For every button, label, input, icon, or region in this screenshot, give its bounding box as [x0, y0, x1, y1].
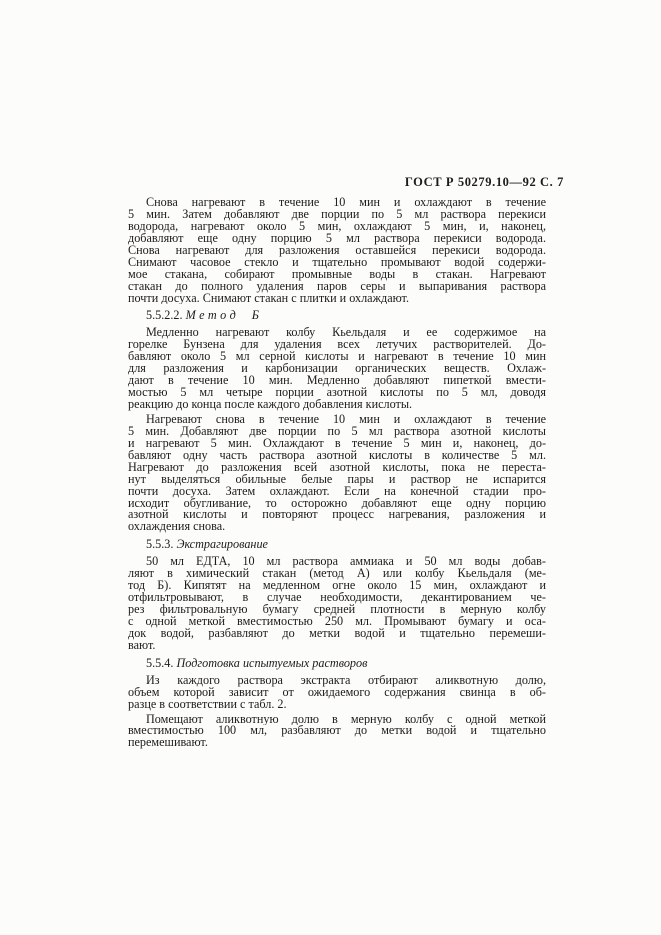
text-line: док водой, разбавляют до метки водой и т… — [128, 628, 546, 640]
text-line: ляют в химический стакан (метод А) или к… — [128, 568, 546, 580]
text-line: мое стакана, собирают промывные воды в с… — [128, 269, 546, 281]
text-line: нут выделяться обильные белые пары и рас… — [128, 474, 546, 486]
paragraph: 50 мл ЕДТА, 10 мл раствора аммиака и 50 … — [128, 556, 546, 652]
text-line: реакцию до конца после каждого добавлени… — [128, 399, 546, 411]
scanned-document-page: ГОСТ Р 50279.10—92 С. 7 Снова нагревают … — [0, 0, 661, 935]
text-line: 5 мин. Затем добавляют две порции по 5 м… — [128, 209, 546, 221]
text-line: горелке Бунзена для удаления всех летучи… — [128, 339, 546, 351]
text-line: с одной меткой вместимостью 250 мл. Пром… — [128, 616, 546, 628]
text-line: вместимостью 100 мл, разбавляют до метки… — [128, 725, 546, 737]
text-line: Нагревают до разложения всей азотной кис… — [128, 462, 546, 474]
text-line: бавляют одну часть раствора азотной кисл… — [128, 450, 546, 462]
text-line: мостью 5 мл четыре порции азотной кислот… — [128, 387, 546, 399]
text-line: и нагревают 5 мин. Охлаждают в течение 5… — [128, 438, 546, 450]
text-line: тод Б). Кипятят на медленном огне около … — [128, 580, 546, 592]
paragraph: Помещают аликвотную долю в мерную колбу … — [128, 714, 546, 750]
text-line: Нагревают снова в течение 10 мин и охлаж… — [128, 414, 546, 426]
text-line: рез фильтровальную бумагу средней плотно… — [128, 604, 546, 616]
text-line: Снимают часовое стекло и тщательно промы… — [128, 257, 546, 269]
section-title: Подготовка испытуемых растворов — [176, 656, 367, 670]
text-line: добавляют еще одну порцию 5 мл раствора … — [128, 233, 546, 245]
text-line: бавляют около 5 мл серной кислоты и нагр… — [128, 351, 546, 363]
text-line: 5 мин. Добавляют две порции по 5 мл раст… — [128, 426, 546, 438]
section-heading: 5.5.2.2. Метод Б — [146, 310, 546, 322]
text-line: азотной кислоты и повторяют процесс нагр… — [128, 509, 546, 521]
text-line: вают. — [128, 640, 546, 652]
text-line: водорода, нагревают около 5 мин, охлажда… — [128, 221, 546, 233]
text-line: перемешивают. — [128, 737, 546, 749]
section-number: 5.5.2.2. — [146, 308, 186, 322]
text-line: дают в течение 10 мин. Медленно добавляю… — [128, 375, 546, 387]
document-content: Снова нагревают в течение 10 мин и охлаж… — [128, 197, 546, 752]
section-title: Метод Б — [186, 308, 263, 322]
text-line: Снова нагревают в течение 10 мин и охлаж… — [128, 197, 546, 209]
text-line: Медленно нагревают колбу Кьельдаля и ее … — [128, 327, 546, 339]
section-number: 5.5.3. — [146, 537, 176, 551]
text-line: объем которой зависит от ожидаемого соде… — [128, 687, 546, 699]
text-line: разце в соответствии с табл. 2. — [128, 699, 546, 711]
section-title: Экстрагирование — [176, 537, 268, 551]
text-line: Из каждого раствора экстракта отбирают а… — [128, 675, 546, 687]
text-line: для разложения и карбонизации органическ… — [128, 363, 546, 375]
paragraph: Медленно нагревают колбу Кьельдаля и ее … — [128, 327, 546, 411]
paragraph: Из каждого раствора экстракта отбирают а… — [128, 675, 546, 711]
section-number: 5.5.4. — [146, 656, 176, 670]
text-line: исходит обугливание, то осторожно добавл… — [128, 498, 546, 510]
text-line: Снова нагревают для разложения оставшейс… — [128, 245, 546, 257]
text-line: охлаждения снова. — [128, 521, 546, 533]
paragraph: Снова нагревают в течение 10 мин и охлаж… — [128, 197, 546, 304]
text-line: почти досуха. Снимают стакан с плитки и … — [128, 293, 546, 305]
paragraph: Нагревают снова в течение 10 мин и охлаж… — [128, 414, 546, 533]
text-line: Помещают аликвотную долю в мерную колбу … — [128, 714, 546, 726]
section-heading: 5.5.3. Экстрагирование — [146, 539, 546, 551]
text-line: стакан до полного удаления паров серы и … — [128, 281, 546, 293]
text-line: отфильтровывают, в случае необходимости,… — [128, 592, 546, 604]
text-line: почти досуха. Затем охлаждают. Если на к… — [128, 486, 546, 498]
page-header: ГОСТ Р 50279.10—92 С. 7 — [405, 175, 564, 190]
section-heading: 5.5.4. Подготовка испытуемых растворов — [146, 658, 546, 670]
text-line: 50 мл ЕДТА, 10 мл раствора аммиака и 50 … — [128, 556, 546, 568]
